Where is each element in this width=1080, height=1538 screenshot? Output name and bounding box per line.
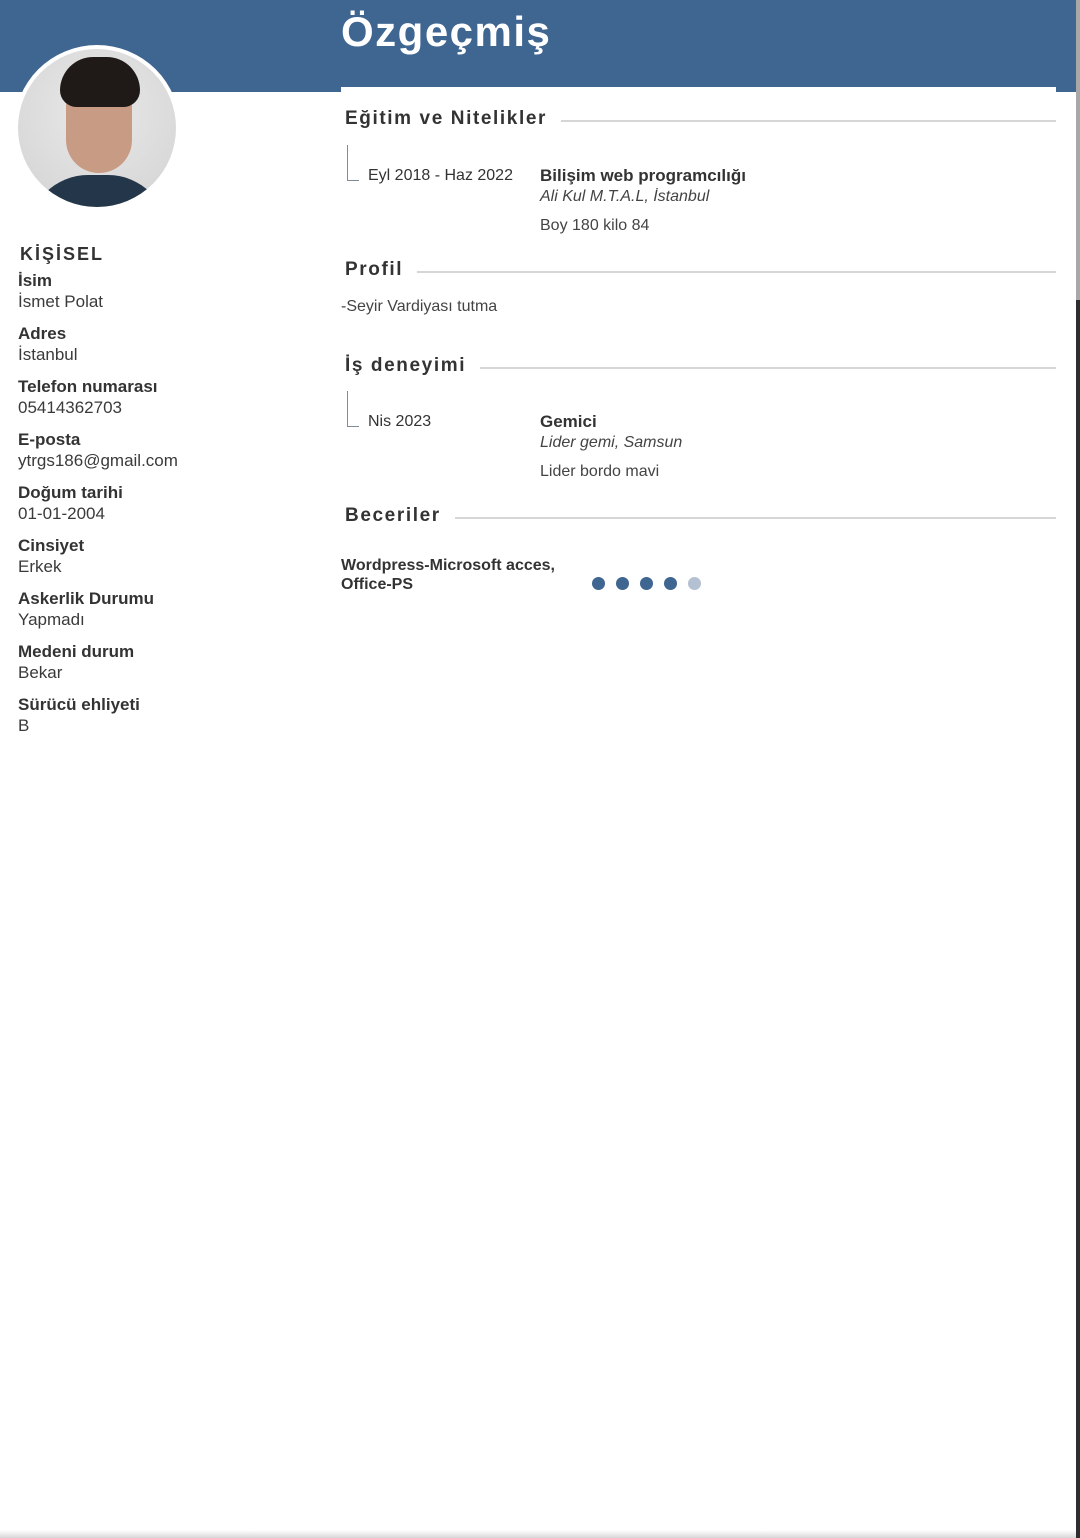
field-label: Telefon numarası (18, 377, 318, 397)
personal-heading: KİŞİSEL (20, 244, 318, 265)
entry-body: Bilişim web programcılığı Ali Kul M.T.A.… (540, 165, 746, 235)
entry-date: Nis 2023 (368, 413, 431, 431)
page-bottom-edge (0, 1530, 1076, 1538)
rating-dot-filled-icon (616, 577, 629, 590)
field-license: Sürücü ehliyeti B (18, 695, 318, 737)
title-underline (341, 87, 1056, 92)
page-title: Özgeçmiş (341, 8, 551, 56)
field-value: İstanbul (18, 344, 318, 366)
rating-dot-filled-icon (664, 577, 677, 590)
section-title: Beceriler (345, 505, 441, 527)
timeline-bracket-icon (347, 145, 359, 181)
section-education: Eğitim ve Nitelikler (345, 108, 1056, 130)
field-value: İsmet Polat (18, 291, 318, 313)
field-label: Sürücü ehliyeti (18, 695, 318, 715)
avatar (14, 45, 180, 211)
entry-date: Eyl 2018 - Haz 2022 (368, 167, 513, 185)
field-value: 01-01-2004 (18, 503, 318, 525)
section-divider (417, 271, 1056, 273)
field-value: ytrgs186@gmail.com (18, 450, 318, 472)
field-marital: Medeni durum Bekar (18, 642, 318, 684)
section-divider (561, 120, 1056, 122)
entry-subtitle: Lider gemi, Samsun (540, 433, 682, 453)
field-phone: Telefon numarası 05414362703 (18, 377, 318, 419)
field-label: İsim (18, 271, 318, 291)
section-skills: Beceriler (345, 505, 1056, 527)
field-value: Erkek (18, 556, 318, 578)
field-label: Doğum tarihi (18, 483, 318, 503)
section-profile: Profil (345, 259, 1056, 281)
skill-name: Wordpress-Microsoft acces, Office-PS (341, 556, 581, 594)
section-title: İş deneyimi (345, 355, 466, 377)
field-name: İsim İsmet Polat (18, 271, 318, 313)
rating-dot-filled-icon (592, 577, 605, 590)
scrollbar-thumb[interactable] (1076, 0, 1080, 300)
photo-hair (60, 57, 140, 107)
field-value: B (18, 715, 318, 737)
field-value: Bekar (18, 662, 318, 684)
field-gender: Cinsiyet Erkek (18, 536, 318, 578)
entry-body: Gemici Lider gemi, Samsun Lider bordo ma… (540, 411, 682, 481)
skill-rating (592, 577, 701, 590)
timeline-bracket-icon (347, 391, 359, 427)
photo-shirt (28, 175, 168, 207)
profile-text: -Seyir Vardiyası tutma (341, 298, 497, 316)
profile-photo (18, 49, 176, 207)
field-address: Adres İstanbul (18, 324, 318, 366)
skill-item: Wordpress-Microsoft acces, Office-PS (341, 556, 1056, 594)
field-label: E-posta (18, 430, 318, 450)
field-label: Medeni durum (18, 642, 318, 662)
field-military: Askerlik Durumu Yapmadı (18, 589, 318, 631)
entry-title: Bilişim web programcılığı (540, 165, 746, 187)
rating-dot-filled-icon (640, 577, 653, 590)
field-birthdate: Doğum tarihi 01-01-2004 (18, 483, 318, 525)
field-email: E-posta ytrgs186@gmail.com (18, 430, 318, 472)
entry-title: Gemici (540, 411, 682, 433)
section-divider (455, 517, 1056, 519)
personal-sidebar: KİŞİSEL İsim İsmet Polat Adres İstanbul … (18, 244, 318, 748)
entry-description: Boy 180 kilo 84 (540, 217, 746, 235)
entry-description: Lider bordo mavi (540, 463, 682, 481)
section-divider (480, 367, 1056, 369)
field-value: 05414362703 (18, 397, 318, 419)
field-label: Cinsiyet (18, 536, 318, 556)
field-label: Adres (18, 324, 318, 344)
rating-dot-empty-icon (688, 577, 701, 590)
section-experience: İş deneyimi (345, 355, 1056, 377)
section-title: Eğitim ve Nitelikler (345, 108, 547, 130)
field-value: Yapmadı (18, 609, 318, 631)
entry-subtitle: Ali Kul M.T.A.L, İstanbul (540, 187, 746, 207)
field-label: Askerlik Durumu (18, 589, 318, 609)
section-title: Profil (345, 259, 403, 281)
